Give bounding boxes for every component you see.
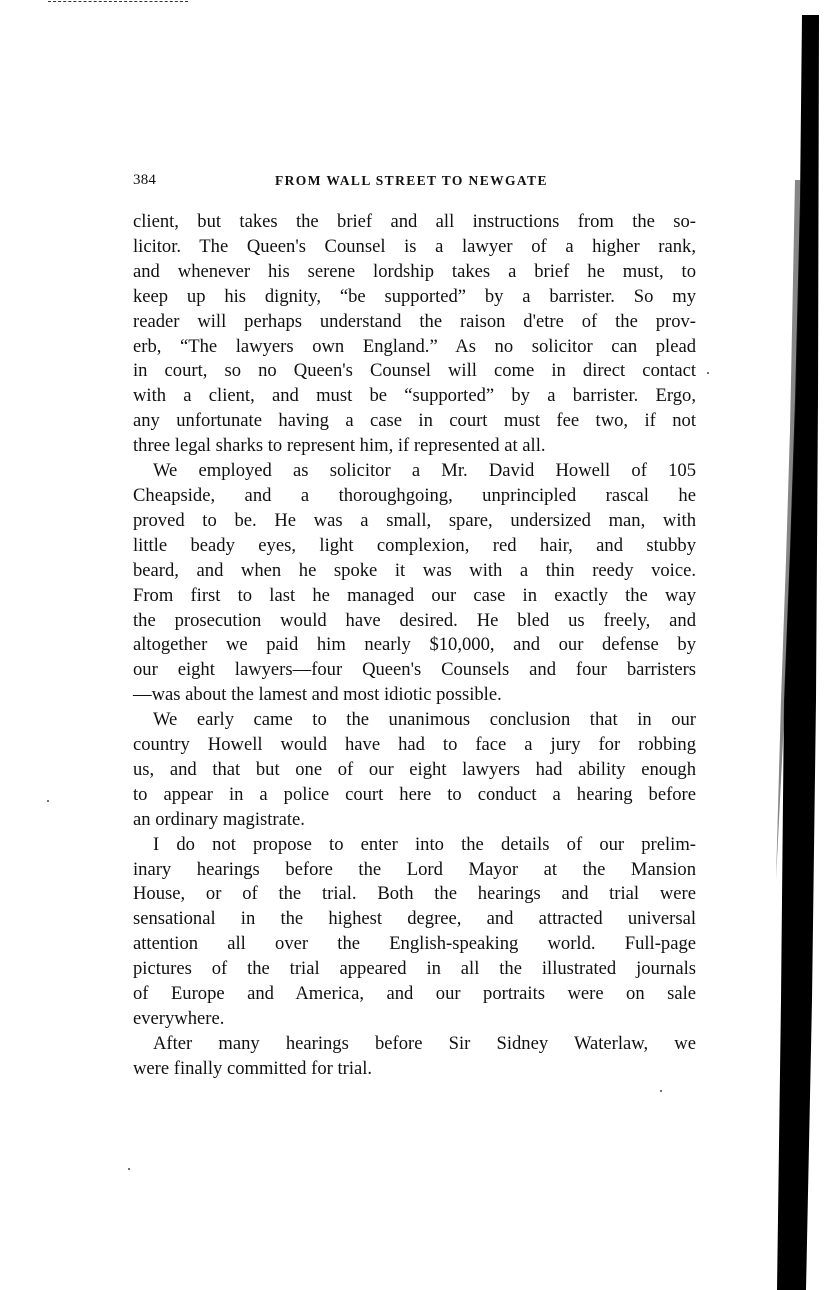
text-line: with a client, and must be “supported” b… [133, 384, 696, 409]
text-line: altogether we paid him nearly $10,000, a… [133, 633, 696, 658]
text-line: keep up his dignity, “be supported” by a… [133, 285, 696, 310]
text-line: I do not propose to enter into the detai… [133, 833, 696, 858]
text-line: After many hearings before Sir Sidney Wa… [133, 1032, 696, 1057]
text-line: House, or of the trial. Both the hearing… [133, 882, 696, 907]
scan-speck [128, 1168, 130, 1170]
scan-speck [660, 1090, 662, 1092]
running-title: FROM WALL STREET TO NEWGATE [275, 173, 548, 189]
text-line: attention all over the English-speaking … [133, 932, 696, 957]
text-line: inary hearings before the Lord Mayor at … [133, 858, 696, 883]
text-line: licitor. The Queen's Counsel is a lawyer… [133, 235, 696, 260]
scan-speck [707, 372, 709, 374]
paragraph-committed: After many hearings before Sir Sidney Wa… [133, 1032, 696, 1082]
text-line: proved to be. He was a small, spare, und… [133, 509, 696, 534]
text-line: in court, so no Queen's Counsel will com… [133, 359, 696, 384]
text-line: everywhere. [133, 1007, 696, 1032]
text-line: Cheapside, and a thoroughgoing, unprinci… [133, 484, 696, 509]
scan-top-rule [48, 1, 188, 2]
text-line: reader will perhaps understand the raiso… [133, 310, 696, 335]
paragraph-continued: client, but takes the brief and all inst… [133, 210, 696, 459]
text-line: the prosecution would have desired. He b… [133, 609, 696, 634]
text-line: three legal sharks to represent him, if … [133, 434, 696, 459]
text-line: erb, “The lawyers own England.” As no so… [133, 335, 696, 360]
text-line: any unfortunate having a case in court m… [133, 409, 696, 434]
text-line: sensational in the highest degree, and a… [133, 907, 696, 932]
text-line: little beady eyes, light complexion, red… [133, 534, 696, 559]
text-line: client, but takes the brief and all inst… [133, 210, 696, 235]
text-line: We early came to the unanimous conclusio… [133, 708, 696, 733]
text-line: beard, and when he spoke it was with a t… [133, 559, 696, 584]
text-line: country Howell would have had to face a … [133, 733, 696, 758]
scan-speck [47, 800, 49, 802]
text-line: our eight lawyers—four Queen's Counsels … [133, 658, 696, 683]
text-line: From first to last he managed our case i… [133, 584, 696, 609]
text-line: —was about the lamest and most idiotic p… [133, 683, 696, 708]
page-number: 384 [133, 172, 156, 189]
text-line: and whenever his serene lordship takes a… [133, 260, 696, 285]
text-line: an ordinary magistrate. [133, 808, 696, 833]
text-line: us, and that but one of our eight lawyer… [133, 758, 696, 783]
paragraph-conclusion: We early came to the unanimous conclusio… [133, 708, 696, 833]
text-line: were finally committed for trial. [133, 1057, 696, 1082]
text-line: We employed as solicitor a Mr. David How… [133, 459, 696, 484]
text-line: pictures of the trial appeared in all th… [133, 957, 696, 982]
paragraph-solicitor-howell: We employed as solicitor a Mr. David How… [133, 459, 696, 708]
page-header: 384 FROM WALL STREET TO NEWGATE [133, 172, 693, 192]
text-line: of Europe and America, and our portraits… [133, 982, 696, 1007]
text-line: to appear in a police court here to cond… [133, 783, 696, 808]
body-text: client, but takes the brief and all inst… [133, 210, 696, 1082]
paragraph-hearings: I do not propose to enter into the detai… [133, 833, 696, 1032]
